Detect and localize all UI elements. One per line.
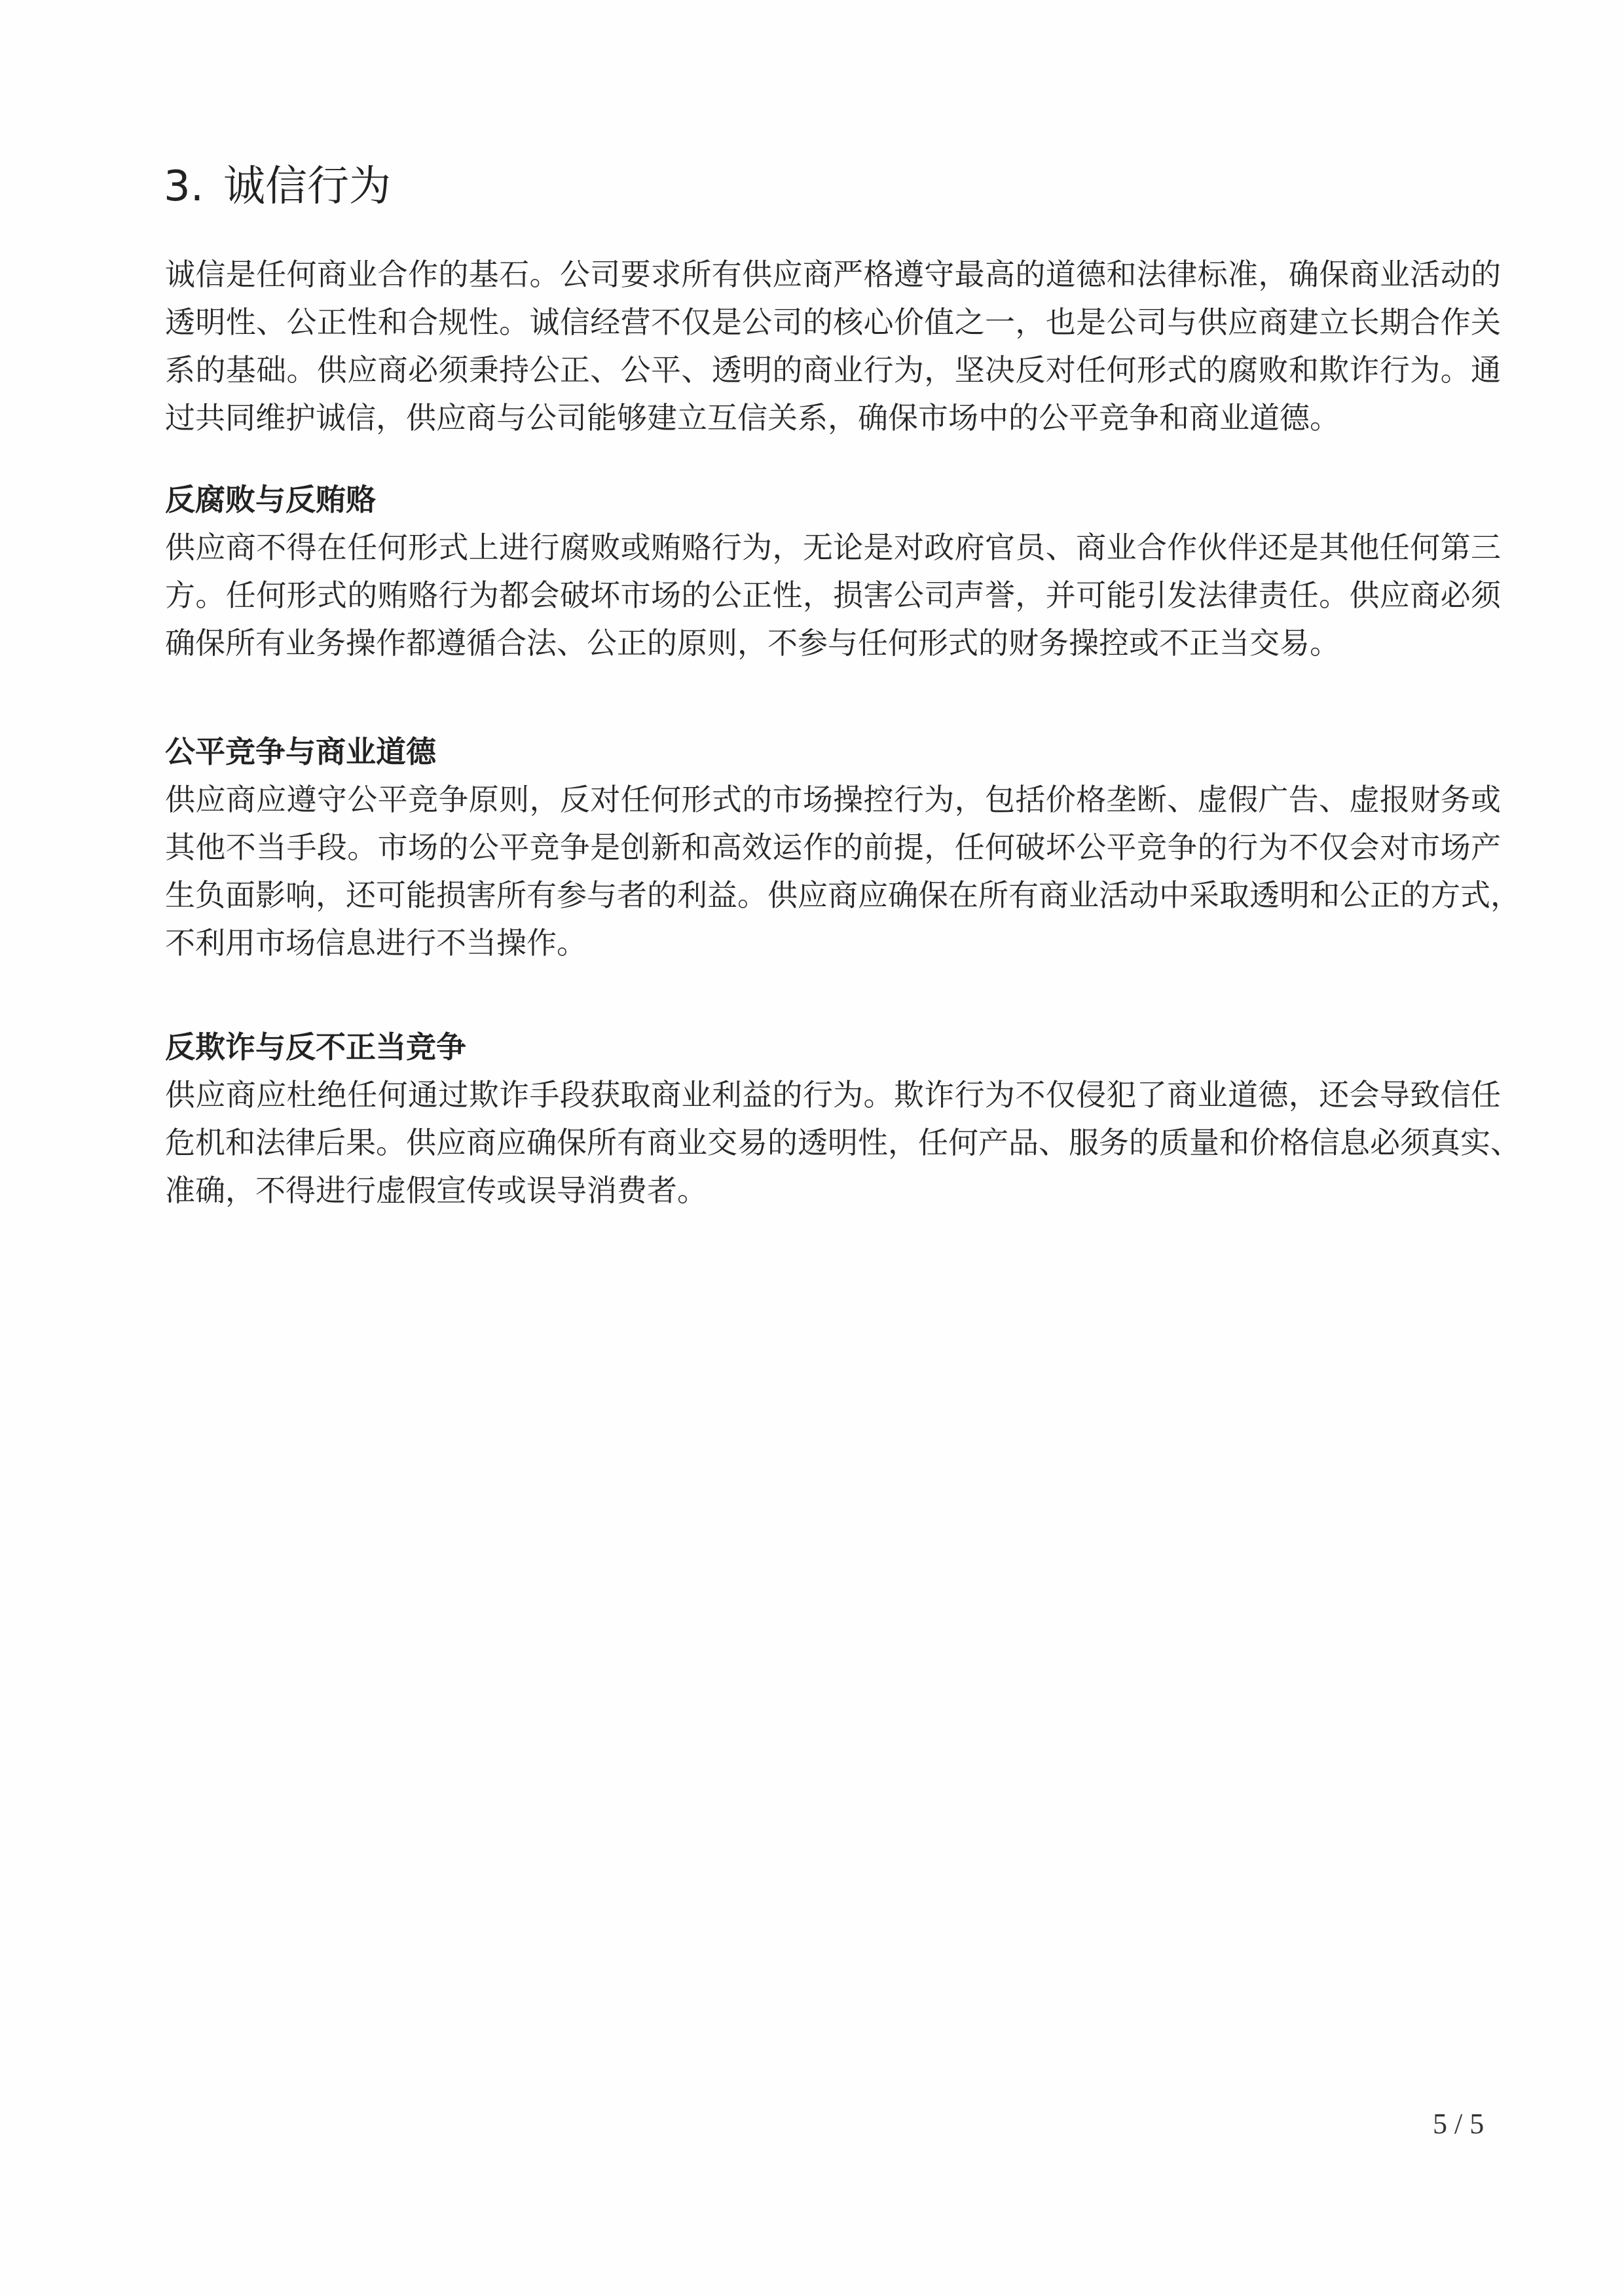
paragraph-line: 危机和法律后果。供应商应确保所有商业交易的透明性，任何产品、服务的质量和价格信息… [165,1119,1501,1167]
section-number: 3. [164,162,204,211]
paragraph-line: 不利用市场信息进行不当操作。 [165,919,1501,967]
paragraph-line: 供应商应遵守公平竞争原则，反对任何形式的市场操控行为，包括价格垄断、虚假广告、虚… [165,776,1501,824]
paragraph-line: 供应商不得在任何形式上进行腐败或贿赂行为，无论是对政府官员、商业合作伙伴还是其他… [165,524,1501,572]
subsection-fair-competition: 公平竞争与商业道德 供应商应遵守公平竞争原则，反对任何形式的市场操控行为，包括价… [165,728,1501,967]
subsection-paragraph: 供应商不得在任何形式上进行腐败或贿赂行为，无论是对政府官员、商业合作伙伴还是其他… [165,524,1501,667]
paragraph-line: 过共同维护诚信，供应商与公司能够建立互信关系，确保市场中的公平竞争和商业道德。 [165,394,1501,442]
subsection-paragraph: 供应商应遵守公平竞争原则，反对任何形式的市场操控行为，包括价格垄断、虚假广告、虚… [165,776,1501,967]
intro-paragraph: 诚信是任何商业合作的基石。公司要求所有供应商严格遵守最高的道德和法律标准，确保商… [165,251,1501,442]
paragraph-line: 供应商应杜绝任何通过欺诈手段获取商业利益的行为。欺诈行为不仅侵犯了商业道德，还会… [165,1071,1501,1119]
paragraph-line: 方。任何形式的贿赂行为都会破坏市场的公正性，损害公司声誉，并可能引发法律责任。供… [165,572,1501,619]
section-heading: 3.诚信行为 [164,157,391,216]
section-title: 诚信行为 [223,162,391,211]
subsection-anti-fraud: 反欺诈与反不正当竞争 供应商应杜绝任何通过欺诈手段获取商业利益的行为。欺诈行为不… [165,1023,1501,1215]
paragraph-line: 系的基础。供应商必须秉持公正、公平、透明的商业行为，坚决反对任何形式的腐败和欺诈… [165,346,1501,394]
intro-paragraph-block: 诚信是任何商业合作的基石。公司要求所有供应商严格遵守最高的道德和法律标准，确保商… [165,251,1501,442]
subsection-title: 反欺诈与反不正当竞争 [165,1023,1501,1071]
paragraph-line: 诚信是任何商业合作的基石。公司要求所有供应商严格遵守最高的道德和法律标准，确保商… [165,251,1501,299]
subsection-anti-corruption: 反腐败与反贿赂 供应商不得在任何形式上进行腐败或贿赂行为，无论是对政府官员、商业… [165,476,1501,667]
document-page: 3.诚信行为 诚信是任何商业合作的基石。公司要求所有供应商严格遵守最高的道德和法… [0,0,1624,2295]
paragraph-line: 生负面影响，还可能损害所有参与者的利益。供应商应确保在所有商业活动中采取透明和公… [165,872,1501,919]
paragraph-line: 确保所有业务操作都遵循合法、公正的原则，不参与任何形式的财务操控或不正当交易。 [165,619,1501,667]
subsection-title: 反腐败与反贿赂 [165,476,1501,524]
paragraph-line: 透明性、公正性和合规性。诚信经营不仅是公司的核心价值之一，也是公司与供应商建立长… [165,299,1501,346]
subsection-paragraph: 供应商应杜绝任何通过欺诈手段获取商业利益的行为。欺诈行为不仅侵犯了商业道德，还会… [165,1071,1501,1215]
page-number: 5 / 5 [1433,2107,1484,2140]
paragraph-line: 其他不当手段。市场的公平竞争是创新和高效运作的前提，任何破坏公平竞争的行为不仅会… [165,824,1501,872]
paragraph-line: 准确，不得进行虚假宣传或误导消费者。 [165,1167,1501,1215]
subsection-title: 公平竞争与商业道德 [165,728,1501,776]
